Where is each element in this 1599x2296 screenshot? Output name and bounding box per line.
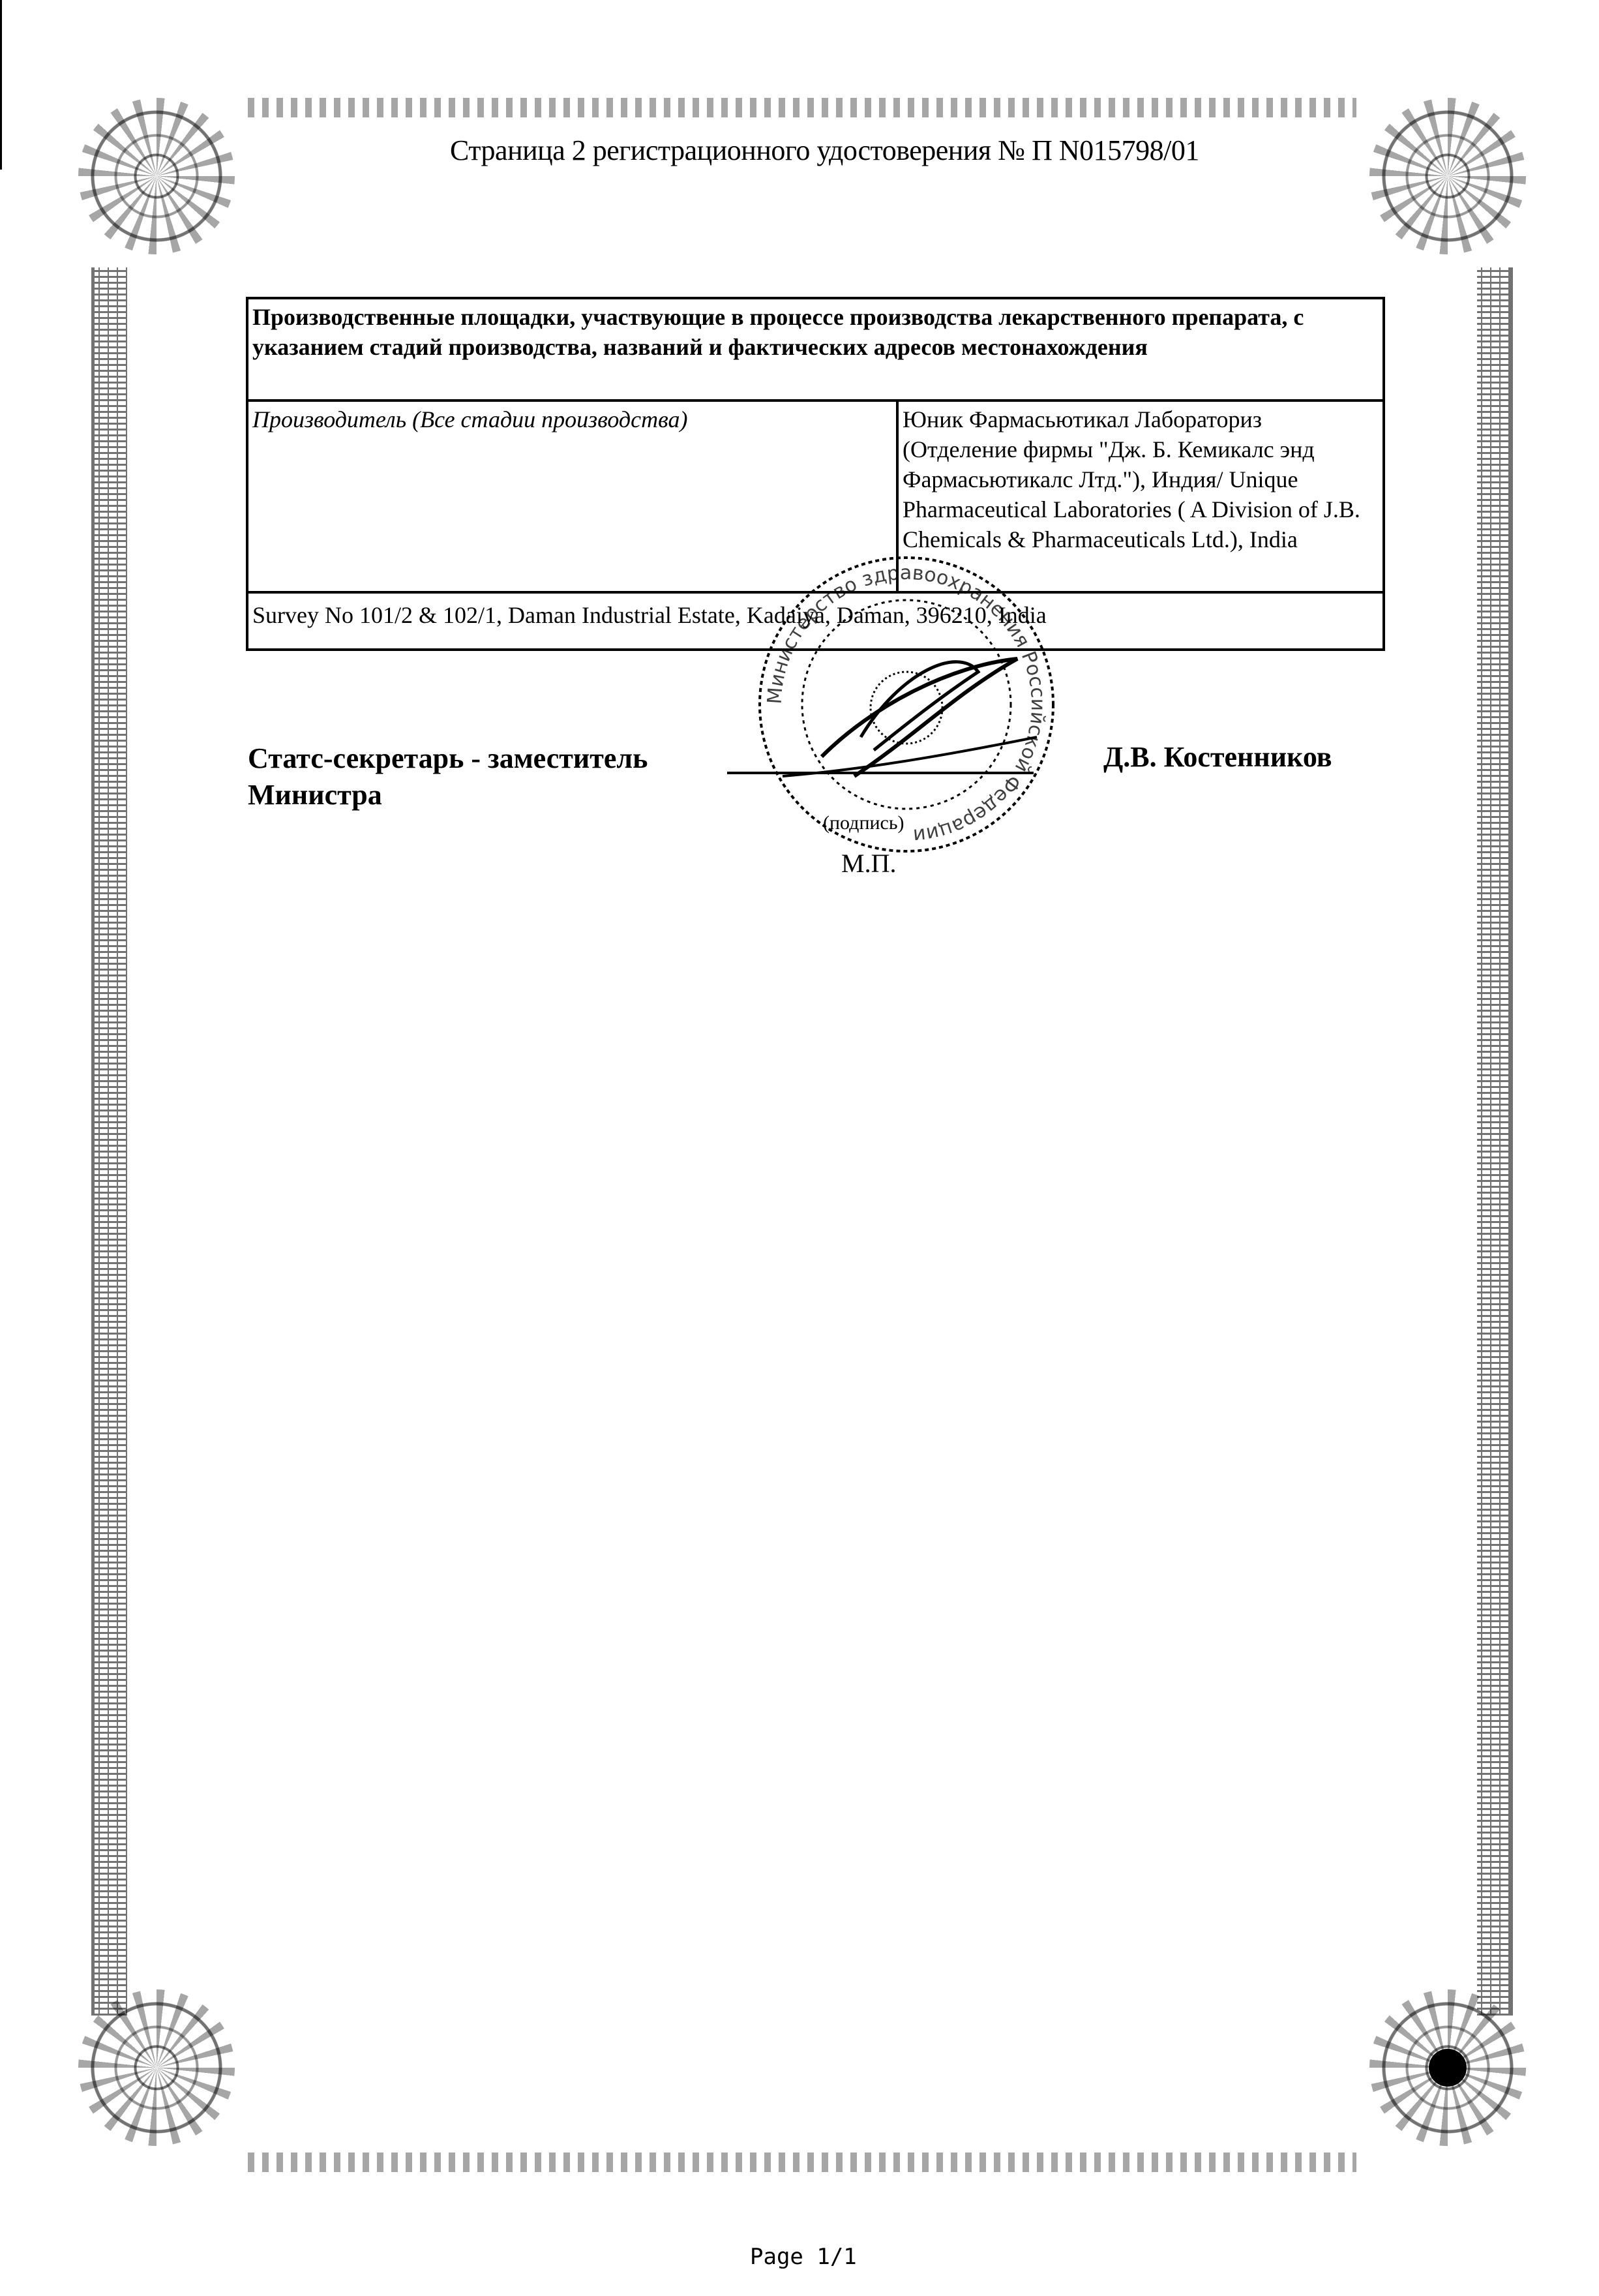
border-bottom-ornament [248,2152,1356,2172]
rosette-ornament-icon [78,98,235,254]
svg-text:Министерство здравоохранения Р: Министерство здравоохранения Российской … [764,562,1049,847]
page-number: Page 1/1 [750,2244,857,2270]
official-seal-stamp: Министерство здравоохранения Российской … [743,541,1069,868]
signature-line [727,772,1034,774]
border-right-ornament [1477,267,1513,2016]
scan-edge-line [0,0,2,170]
page-title: Страница 2 регистрационного удостоверени… [450,134,1199,167]
seal-icon: Министерство здравоохранения Российской … [743,541,1069,868]
border-left-ornament [91,267,127,2016]
border-top-ornament [248,98,1356,117]
hole-punch-mark [1429,2049,1467,2087]
rosette-ornament-icon [1369,98,1526,254]
table-header: Производственные площадки, участвующие в… [247,298,1384,400]
signer-position: Статс-секретарь - заместитель Министра [248,740,704,813]
rosette-ornament-icon [78,1989,235,2146]
signature-caption: (подпись) [823,812,904,834]
signer-name: Д.В. Костенников [1103,740,1332,774]
rosette-ornament-icon [1369,1989,1526,2146]
seal-place-mark: М.П. [841,848,896,879]
